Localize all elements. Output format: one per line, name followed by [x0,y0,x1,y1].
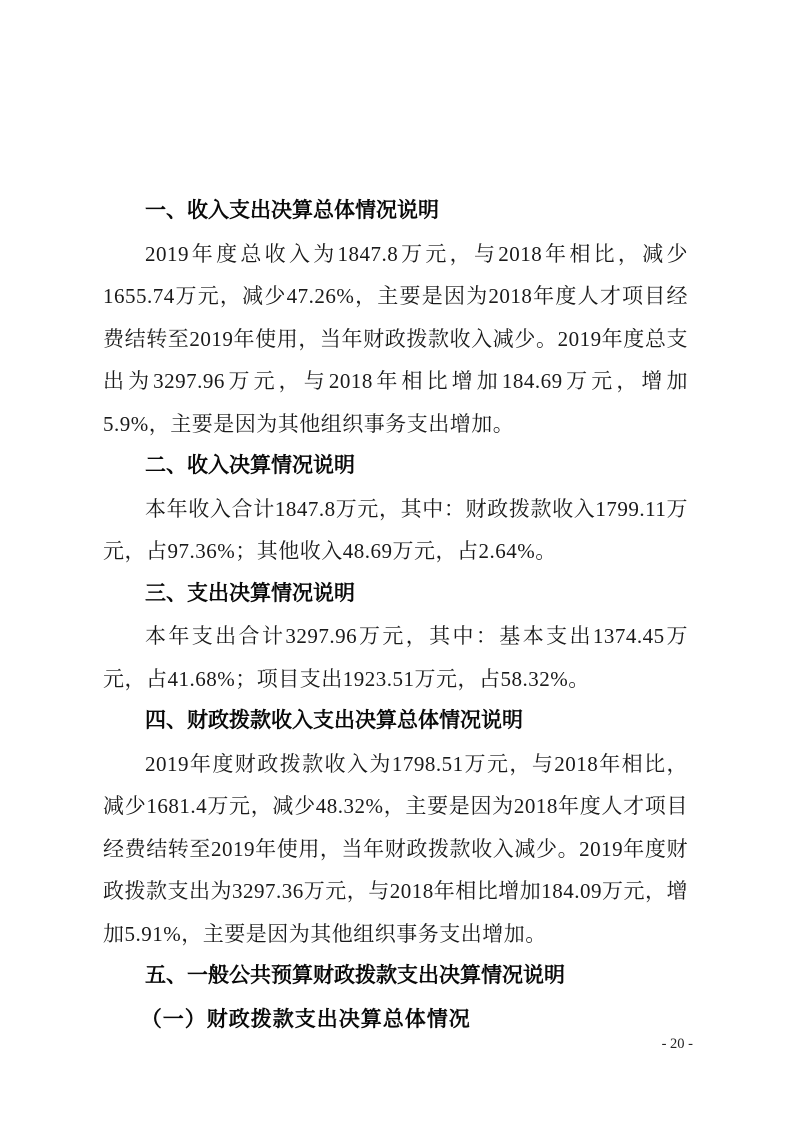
section-heading: 五、一般公共预算财政拨款支出决算情况说明 [103,955,688,998]
body-paragraph: 本年支出合计3297.96万元，其中：基本支出1374.45万元，占41.68%… [103,615,688,700]
body-paragraph: 2019年度总收入为1847.8万元，与2018年相比，减少1655.74万元，… [103,233,688,446]
page-number: - 20 - [662,1036,693,1053]
document-page: 一、收入支出决算总体情况说明2019年度总收入为1847.8万元，与2018年相… [0,0,793,1122]
section-heading: 一、收入支出决算总体情况说明 [103,190,688,233]
section-heading: 四、财政拨款收入支出决算总体情况说明 [103,700,688,743]
document-content: 一、收入支出决算总体情况说明2019年度总收入为1847.8万元，与2018年相… [103,190,688,1040]
section-heading: 二、收入决算情况说明 [103,445,688,488]
body-paragraph: 2019年度财政拨款收入为1798.51万元，与2018年相比，减少1681.4… [103,743,688,956]
sub-section-heading: （一）财政拨款支出决算总体情况 [103,998,688,1041]
section-heading: 三、支出决算情况说明 [103,573,688,616]
body-paragraph: 本年收入合计1847.8万元，其中：财政拨款收入1799.11万元，占97.36… [103,488,688,573]
